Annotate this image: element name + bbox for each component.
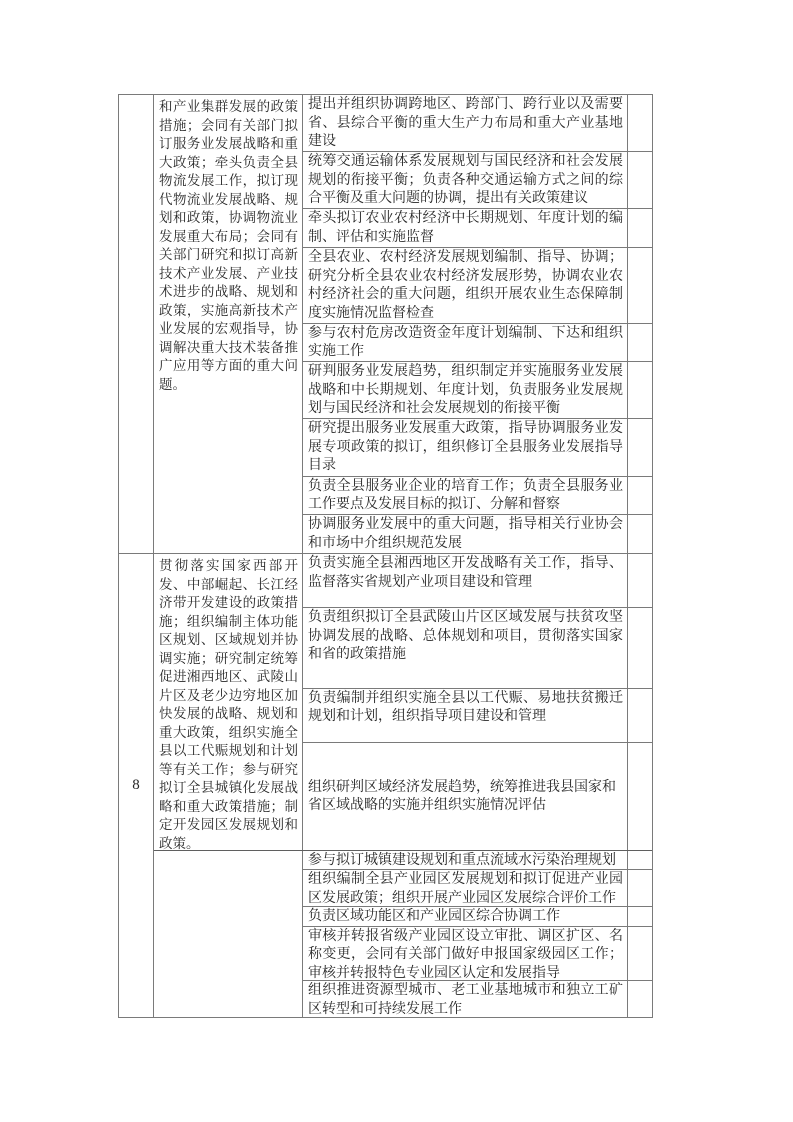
duty-item-text: 负责组织拟订全县武陵山片区区域发展与扶贫攻坚协调发展的战略、总体规划和项目，贯彻… xyxy=(303,608,628,687)
remark-cell xyxy=(628,870,652,906)
duty-subsection-upper: 贯彻落实国家西部开发、中部崛起、长江经济带开发建设的政策措施；组织编制主体功能区… xyxy=(154,554,652,850)
duty-summary-cell: 和产业集群发展的政策措施；会同有关部门拟订服务业发展战略和重大政策；牵头负责全县… xyxy=(154,95,303,553)
table-row: 组织研判区域经济发展趋势，统筹推进我县国家和省区域战略的实施并组织实施情况评估 xyxy=(303,742,652,850)
remark-cell xyxy=(628,419,652,475)
remark-cell xyxy=(628,152,652,208)
remark-cell xyxy=(628,362,652,418)
duty-item-text: 参与农村危房改造资金年度计划编制、下达和组织实施工作 xyxy=(303,324,628,362)
duty-item-text: 组织编制全县产业园区发展规划和拟订促进产业园区发展政策；组织开展产业园区发展综合… xyxy=(303,870,628,906)
empty-duty-cell xyxy=(154,851,303,1017)
duty-item-text: 负责区域功能区和产业园区综合协调工作 xyxy=(303,907,628,925)
table-row: 负责组织拟订全县武陵山片区区域发展与扶贫攻坚协调发展的战略、总体规划和项目，贯彻… xyxy=(303,607,652,687)
duty-items-column: 负责实施全县湘西地区开发战略有关工作，指导、监督落实省规划产业项目建设和管理 负… xyxy=(303,554,652,850)
remark-cell xyxy=(628,981,652,1017)
duty-item-text: 协调服务业发展中的重大问题，指导相关行业协会和市场中介组织规范发展 xyxy=(303,515,628,553)
duty-item-text: 研判服务业发展趋势，组织制定并实施服务业发展战略和中长期规划、年度计划，负责服务… xyxy=(303,362,628,418)
table-row: 组织推进资源型城市、老工业基地城市和独立工矿区转型和可持续发展工作 xyxy=(303,980,652,1017)
duty-item-text: 审核并转报省级产业园区设立审批、调区扩区、名称变更，会同有关部门做好申报国家级园… xyxy=(303,927,628,980)
duty-item-text: 组织研判区域经济发展趋势，统筹推进我县国家和省区域战略的实施并组织实施情况评估 xyxy=(303,743,628,850)
serial-number-cell xyxy=(119,95,154,553)
remark-cell xyxy=(628,95,652,151)
table-row: 负责实施全县湘西地区开发战略有关工作，指导、监督落实省规划产业项目建设和管理 xyxy=(303,554,652,607)
serial-number-cell: 8 xyxy=(119,554,154,1017)
duty-item-text: 负责全县服务业企业的培育工作；负责全县服务业工作要点及发展目标的拟订、分解和督察 xyxy=(303,477,628,515)
table-row: 负责编制并组织实施全县以工代赈、易地扶贫搬迁规划和计划，组织指导项目建设和管理 xyxy=(303,688,652,742)
table-row: 协调服务业发展中的重大问题，指导相关行业协会和市场中介组织规范发展 xyxy=(303,514,652,553)
duty-item-text: 提出并组织协调跨地区、跨部门、跨行业以及需要省、县综合平衡的重大生产力布局和重大… xyxy=(303,95,628,151)
duty-items-column: 提出并组织协调跨地区、跨部门、跨行业以及需要省、县综合平衡的重大生产力布局和重大… xyxy=(303,95,652,553)
table-row: 研究提出服务业发展重大政策，指导协调服务业发展专项政策的拟订，组织修订全县服务业… xyxy=(303,418,652,475)
remark-cell xyxy=(628,689,652,742)
duty-item-text: 负责编制并组织实施全县以工代赈、易地扶贫搬迁规划和计划，组织指导项目建设和管理 xyxy=(303,689,628,742)
remark-cell xyxy=(628,907,652,925)
table-row: 研判服务业发展趋势，组织制定并实施服务业发展战略和中长期规划、年度计划，负责服务… xyxy=(303,361,652,418)
duty-item-text: 研究提出服务业发展重大政策，指导协调服务业发展专项政策的拟订，组织修订全县服务业… xyxy=(303,419,628,475)
duty-item-text: 负责实施全县湘西地区开发战略有关工作，指导、监督落实省规划产业项目建设和管理 xyxy=(303,554,628,607)
duty-summary-cell: 贯彻落实国家西部开发、中部崛起、长江经济带开发建设的政策措施；组织编制主体功能区… xyxy=(154,554,303,850)
duty-item-text: 参与拟订城镇建设规划和重点流域水污染治理规划 xyxy=(303,851,628,869)
table-row: 提出并组织协调跨地区、跨部门、跨行业以及需要省、县综合平衡的重大生产力布局和重大… xyxy=(303,95,652,151)
remark-cell xyxy=(628,927,652,980)
remark-cell xyxy=(628,477,652,515)
duty-item-text: 统筹交通运输体系发展规划与国民经济和社会发展规划的衔接平衡；负责各种交通运输方式… xyxy=(303,152,628,208)
duty-items-column: 参与拟订城镇建设规划和重点流域水污染治理规划 组织编制全县产业园区发展规划和拟订… xyxy=(303,851,652,1017)
remark-cell xyxy=(628,209,652,247)
remark-cell xyxy=(628,851,652,869)
table-row: 负责区域功能区和产业园区综合协调工作 xyxy=(303,906,652,925)
table-row: 牵头拟订农业农村经济中长期规划、年度计划的编制、评估和实施监督 xyxy=(303,208,652,247)
remark-cell xyxy=(628,248,652,323)
duty-block-continued: 和产业集群发展的政策措施；会同有关部门拟订服务业发展战略和重大政策；牵头负责全县… xyxy=(119,95,652,553)
duty-item-text: 组织推进资源型城市、老工业基地城市和独立工矿区转型和可持续发展工作 xyxy=(303,981,628,1017)
document-page: 和产业集群发展的政策措施；会同有关部门拟订服务业发展战略和重大政策；牵头负责全县… xyxy=(0,0,793,1122)
duty-subsection-lower: 参与拟订城镇建设规划和重点流域水污染治理规划 组织编制全县产业园区发展规划和拟订… xyxy=(154,850,652,1017)
table-row: 参与拟订城镇建设规划和重点流域水污染治理规划 xyxy=(303,851,652,869)
duty-block-8: 8 贯彻落实国家西部开发、中部崛起、长江经济带开发建设的政策措施；组织编制主体功… xyxy=(119,553,652,1017)
remark-cell xyxy=(628,515,652,553)
table-row: 组织编制全县产业园区发展规划和拟订促进产业园区发展政策；组织开展产业园区发展综合… xyxy=(303,869,652,906)
duty-block-8-body: 贯彻落实国家西部开发、中部崛起、长江经济带开发建设的政策措施；组织编制主体功能区… xyxy=(154,554,652,1017)
duties-table: 和产业集群发展的政策措施；会同有关部门拟订服务业发展战略和重大政策；牵头负责全县… xyxy=(118,94,653,1018)
duty-item-text: 牵头拟订农业农村经济中长期规划、年度计划的编制、评估和实施监督 xyxy=(303,209,628,247)
remark-cell xyxy=(628,743,652,850)
remark-cell xyxy=(628,554,652,607)
table-row: 统筹交通运输体系发展规划与国民经济和社会发展规划的衔接平衡；负责各种交通运输方式… xyxy=(303,151,652,208)
remark-cell xyxy=(628,324,652,362)
duty-item-text: 全县农业、农村经济发展规划编制、指导、协调；研究分析全县农业农村经济发展形势，协… xyxy=(303,248,628,323)
table-row: 全县农业、农村经济发展规划编制、指导、协调；研究分析全县农业农村经济发展形势，协… xyxy=(303,247,652,323)
table-row: 负责全县服务业企业的培育工作；负责全县服务业工作要点及发展目标的拟订、分解和督察 xyxy=(303,476,652,515)
table-row: 参与农村危房改造资金年度计划编制、下达和组织实施工作 xyxy=(303,323,652,362)
table-row: 审核并转报省级产业园区设立审批、调区扩区、名称变更，会同有关部门做好申报国家级园… xyxy=(303,926,652,980)
remark-cell xyxy=(628,608,652,687)
